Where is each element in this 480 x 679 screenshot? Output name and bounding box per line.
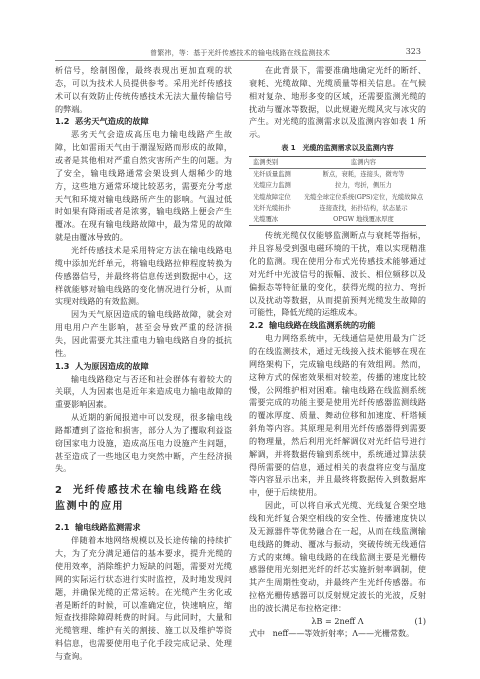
- column-header: 监测内容: [301, 157, 426, 169]
- header-rule: [55, 60, 426, 61]
- table-header-row: 监测类别 监测内容: [249, 157, 426, 169]
- paragraph: 传统光缆仅仅能够监测断点与衰耗等指标，并且容易受到强电磁环境的干扰，难以实现精准…: [249, 229, 426, 319]
- left-column: 析信号，绘制图像，最终表现出更加直观的状态，可以为技术人员提供参考。采用光纤传感…: [55, 64, 232, 663]
- formula-expression: λB = 2neff Λ: [311, 616, 363, 626]
- table-cell: 光缆应力监测: [249, 180, 301, 191]
- table-caption: 表 1 光缆的监测需求以及监测内容: [249, 143, 426, 153]
- paragraph: 在此背景下，需要准确地确定光纤的断纤、衰耗、光缆故障、光缆质量等相关信息。在气候…: [249, 64, 426, 141]
- paragraph: 恶劣天气会造成高压电力输电线路产生故障，比如雷雨天气由于潮湿短路而形成的故障，或…: [55, 128, 232, 244]
- table-row: 光缆应力监测拉力，弯折，侧压力: [249, 180, 426, 191]
- where-label: 式中: [249, 629, 265, 638]
- table-row: 光缆覆冰OPGW 地线覆冰厚度: [249, 214, 426, 226]
- table-cell: 光纤光缆拓扑: [249, 203, 301, 214]
- paragraph: 因为天气原因造成的输电线路故障，就会对用电用户产生影响，甚至会导致严重的经济损失…: [55, 308, 232, 359]
- paragraph: 电力网络系统中，无线通信是使用最为广泛的在线监测技术，通过无线接入技术能够在现在…: [249, 332, 426, 499]
- right-column: 在此背景下，需要准确地确定光纤的断纤、衰耗、光缆故障、光缆质量等相关信息。在气候…: [249, 64, 426, 641]
- paragraph: 析信号，绘制图像，最终表现出更加直观的状态，可以为技术人员提供参考。采用光纤传感…: [55, 64, 232, 115]
- section-heading-2-1: 2.1输电线路监测需求: [55, 521, 232, 534]
- paragraph: 光纤传感技术是采用特定方法在输电线路电缆中添加光纤单元，将输电线路拉伸程度转换为…: [55, 244, 232, 308]
- formula-legend: 式中 neff——等效折射率；Λ——光栅常数。: [249, 628, 426, 641]
- section-heading-1-2: 1.2恶劣天气造成的故障: [55, 115, 232, 128]
- table-cell: 拉力，弯折，侧压力: [301, 180, 426, 191]
- paragraph: 输电线路稳定与否还和社会群体有着较大的关联，人为因素也是近年来造成电力输电故障的…: [55, 373, 232, 412]
- section-heading-1-3: 1.3人为原因造成的故障: [55, 360, 232, 373]
- table-row: 光纤质量监测断点，衰耗，连接头，微弯等: [249, 169, 426, 181]
- page-number: 323: [406, 47, 421, 56]
- table-cell: OPGW 地线覆冰厚度: [301, 214, 426, 226]
- bragg-formula: λB = 2neff Λ (1): [249, 615, 426, 628]
- table-cell: 光缆全球定位系统(GPS)定位，光缆故障点: [301, 192, 426, 203]
- table-cell: 光缆覆冰: [249, 214, 301, 226]
- column-header: 监测类别: [249, 157, 301, 169]
- table-row: 光缆故障定位光缆全球定位系统(GPS)定位，光缆故障点: [249, 192, 426, 203]
- equation-number: (1): [415, 615, 426, 628]
- where-text: neff——等效折射率；Λ——光栅常数。: [273, 629, 414, 638]
- paragraph: 从近期的新闻报道中可以发现，很多输电线路都遭到了盗抢和损害，部分人为了攫取利益盗…: [55, 411, 232, 475]
- table-row: 光纤光缆拓扑连接查找，拓扑结构，状态显示: [249, 203, 426, 214]
- running-title: 曾繁祎，等：基于光纤传感技术的输电线路在线监测技术: [150, 48, 330, 58]
- section-heading-2-2: 2.2输电线路在线监测系统的功能: [249, 319, 426, 332]
- table-cell: 光纤质量监测: [249, 169, 301, 181]
- paragraph: 因此，可以将自承式光缆、光线复合架空地线和光纤复合架空相线的安全性、传播速度快以…: [249, 499, 426, 615]
- section-heading-2: 2光纤传感技术在输电线路在线监测中的应用: [55, 483, 232, 515]
- table-cell: 连接查找，拓扑结构，状态显示: [301, 203, 426, 214]
- monitoring-table: 监测类别 监测内容 光纤质量监测断点，衰耗，连接头，微弯等 光缆应力监测拉力，弯…: [249, 156, 426, 226]
- running-header: 曾繁祎，等：基于光纤传感技术的输电线路在线监测技术 323: [55, 46, 425, 60]
- table-cell: 光缆故障定位: [249, 192, 301, 203]
- table-cell: 断点，衰耗，连接头，微弯等: [301, 169, 426, 181]
- paragraph: 伴随着本地网络规模以及长途传输的持续扩大，为了充分满足通信的基本要求，提升光缆的…: [55, 534, 232, 662]
